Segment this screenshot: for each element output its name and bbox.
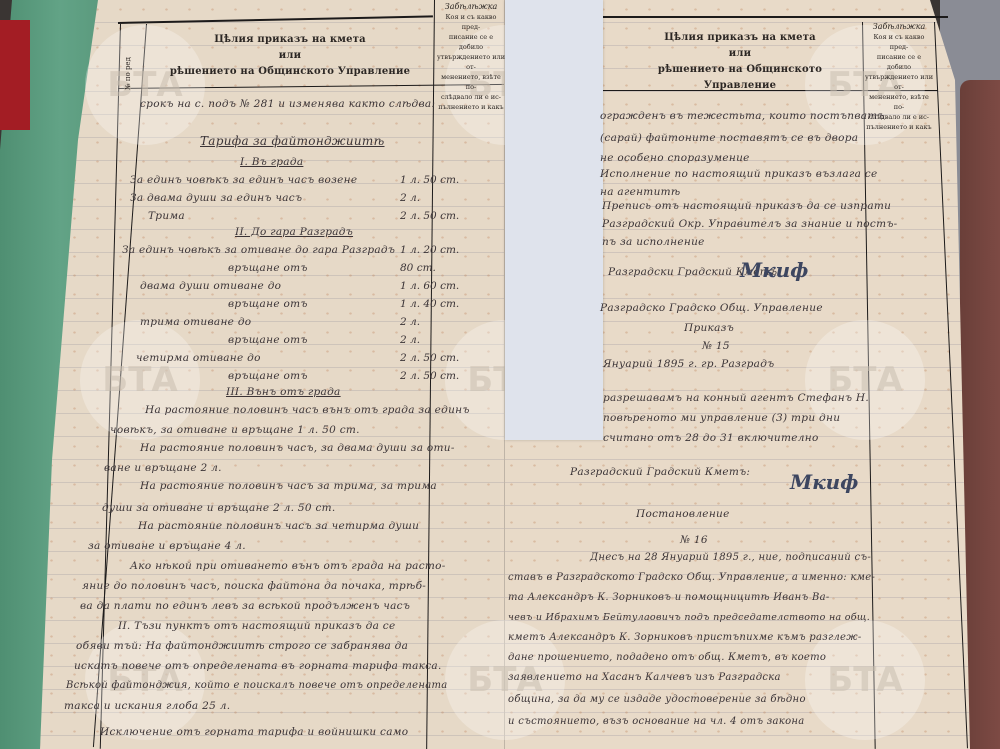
left-note-header: Забѣлѣжка Коя и съ какво пред- писание с… xyxy=(436,2,506,112)
right-header-title: Цѣлия приказъ на кмета или рѣшението на … xyxy=(620,30,860,94)
row-number-header: № по ред xyxy=(124,57,132,90)
mayor-signature: Мкиф xyxy=(740,258,808,282)
watermark: БТА xyxy=(80,320,200,440)
header-top-rule xyxy=(598,16,948,18)
mayor-signature: Мкиф xyxy=(790,470,858,494)
left-header-title: Цѣлия приказъ на кмета или рѣшението на … xyxy=(150,32,430,80)
book-cover-red-corner xyxy=(0,20,30,130)
paper-bookmark-strip xyxy=(505,0,603,440)
